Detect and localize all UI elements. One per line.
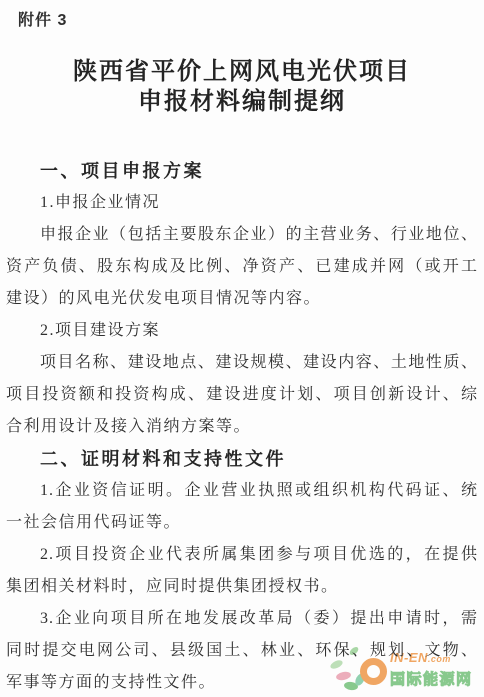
doc-line: 申报企业（包括主要股东企业）的主营业务、行业地位、 <box>6 219 478 251</box>
doc-line: 同时提交电网公司、县级国土、林业、环保、规划、文物、 <box>6 635 478 667</box>
doc-line: 军事等方面的支持性文件。 <box>6 667 478 697</box>
section-1-heading: 一、项目申报方案 <box>6 155 478 187</box>
doc-line: 1.申报企业情况 <box>6 187 478 219</box>
document-title: 陕西省平价上网风电光伏项目 申报材料编制提纲 <box>0 57 484 117</box>
doc-line: 1.企业资信证明。企业营业执照或组织机构代码证、统 <box>6 475 478 507</box>
doc-line: 集团相关材料时，应同时提供集团授权书。 <box>6 571 478 603</box>
attachment-label: 附件 3 <box>18 7 67 30</box>
doc-line: 2.项目投资企业代表所属集团参与项目优选的，在提供 <box>6 539 478 571</box>
doc-line: 项目名称、建设地点、建设规模、建设内容、土地性质、 <box>6 347 478 379</box>
title-line-1: 陕西省平价上网风电光伏项目 <box>0 57 484 87</box>
doc-line: 3.企业向项目所在地发展改革局（委）提出申请时，需 <box>6 603 478 635</box>
section-2-heading: 二、证明材料和支持性文件 <box>6 443 478 475</box>
title-line-2: 申报材料编制提纲 <box>0 87 484 117</box>
doc-line: 资产负债、股东构成及比例、净资产、已建成并网（或开工 <box>6 251 478 283</box>
doc-line: 2.项目建设方案 <box>6 315 478 347</box>
doc-line: 项目投资额和投资构成、建设进度计划、项目创新设计、综 <box>6 379 478 411</box>
doc-line: 合利用设计及接入消纳方案等。 <box>6 411 478 443</box>
document-page: 附件 3 陕西省平价上网风电光伏项目 申报材料编制提纲 一、项目申报方案 1.申… <box>0 0 484 697</box>
doc-line: 建设）的风电光伏发电项目情况等内容。 <box>6 283 478 315</box>
document-body: 一、项目申报方案 1.申报企业情况 申报企业（包括主要股东企业）的主营业务、行业… <box>6 155 478 697</box>
doc-line: 一社会信用代码证等。 <box>6 507 478 539</box>
